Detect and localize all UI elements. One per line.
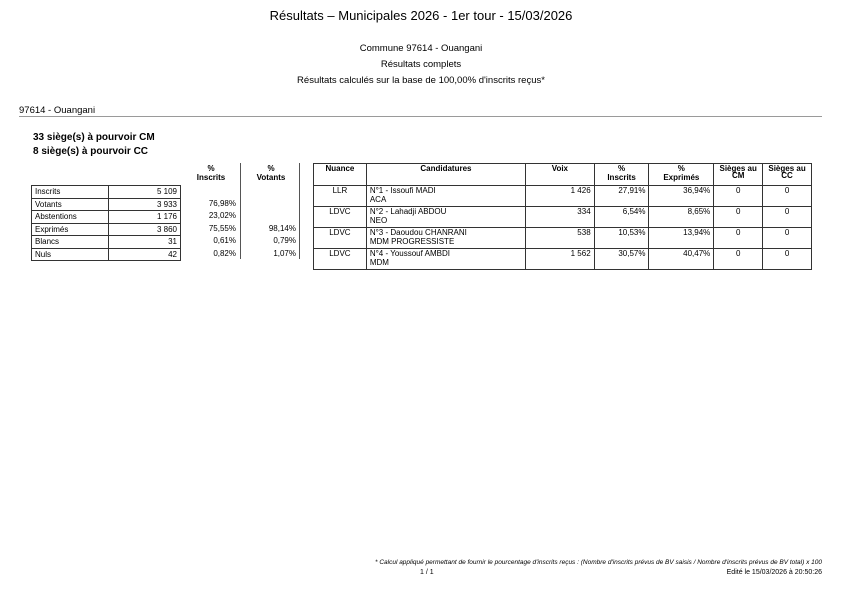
stat-pct-votants bbox=[242, 198, 300, 211]
candidate-pct-inscrits: 27,91% bbox=[594, 186, 649, 207]
section-divider bbox=[19, 116, 822, 117]
header-sieges-cc: Sièges au CC bbox=[763, 164, 812, 186]
stat-pct-inscrits: 23,02% bbox=[182, 210, 240, 223]
stat-value: 1 176 bbox=[108, 211, 180, 224]
edited-timestamp: Edité le 15/03/2026 à 20:50:26 bbox=[727, 569, 822, 576]
candidate-pct-exprimes: 36,94% bbox=[649, 186, 714, 207]
candidate-sieges-cm: 0 bbox=[714, 207, 763, 228]
candidate-sieges-cc: 0 bbox=[763, 186, 812, 207]
stats-row: Abstentions1 176 bbox=[32, 211, 181, 224]
candidate-list: NEO bbox=[370, 217, 522, 226]
stat-pct-votants bbox=[242, 210, 300, 223]
stat-pct-votants: 98,14% bbox=[242, 223, 300, 236]
footnote: * Calcul appliqué permettant de fournir … bbox=[300, 559, 822, 566]
column-divider bbox=[240, 163, 241, 259]
stat-pct-inscrits bbox=[182, 185, 240, 198]
candidate-pct-inscrits: 6,54% bbox=[594, 207, 649, 228]
candidate-nuance: LDVC bbox=[314, 228, 367, 249]
stat-pct-inscrits: 0,61% bbox=[182, 235, 240, 248]
candidate-row: LDVCN°3 - Daoudou CHANRANIMDM PROGRESSIS… bbox=[314, 228, 812, 249]
stat-label: Votants bbox=[32, 198, 109, 211]
commune-heading: Commune 97614 - Ouangani bbox=[0, 43, 842, 54]
candidate-pct-inscrits: 30,57% bbox=[594, 249, 649, 270]
stat-value: 3 933 bbox=[108, 198, 180, 211]
stat-pct-inscrits: 76,98% bbox=[182, 198, 240, 211]
candidate-row: LDVCN°4 - Youssouf AMBDIMDM1 56230,57%40… bbox=[314, 249, 812, 270]
stat-label: Exprimés bbox=[32, 223, 109, 236]
candidate-sieges-cc: 0 bbox=[763, 207, 812, 228]
stat-value: 42 bbox=[108, 248, 180, 261]
candidate-name: N°4 - Youssouf AMBDI bbox=[370, 250, 522, 259]
candidate-voix: 1 562 bbox=[526, 249, 595, 270]
stat-label: Nuls bbox=[32, 248, 109, 261]
stats-row: Exprimés3 860 bbox=[32, 223, 181, 236]
stat-pct-inscrits: 75,55% bbox=[182, 223, 240, 236]
stat-value: 3 860 bbox=[108, 223, 180, 236]
header-pct-exprimes: % Exprimés bbox=[649, 164, 714, 186]
candidate-list: MDM bbox=[370, 259, 522, 268]
stats-row: Nuls42 bbox=[32, 248, 181, 261]
seats-cc: 8 siège(s) à pourvoir CC bbox=[33, 146, 148, 157]
pct-votants-header: % Votants bbox=[242, 165, 300, 184]
candidate-cell: N°3 - Daoudou CHANRANIMDM PROGRESSISTE bbox=[366, 228, 525, 249]
stat-label: Inscrits bbox=[32, 186, 109, 199]
stat-pct-inscrits: 0,82% bbox=[182, 248, 240, 261]
candidates-header-row: Nuance Candidatures Voix % Inscrits % Ex… bbox=[314, 164, 812, 186]
header-voix: Voix bbox=[526, 164, 595, 186]
candidate-pct-exprimes: 8,65% bbox=[649, 207, 714, 228]
candidate-cell: N°1 - Issoufi MADIACA bbox=[366, 186, 525, 207]
stat-label: Blancs bbox=[32, 236, 109, 249]
candidates-table: Nuance Candidatures Voix % Inscrits % Ex… bbox=[313, 163, 812, 270]
stat-pct-votants: 1,07% bbox=[242, 248, 300, 261]
candidate-nuance: LDVC bbox=[314, 207, 367, 228]
header-candidatures: Candidatures bbox=[366, 164, 525, 186]
candidate-row: LDVCN°2 - Lahadji ABDOUNEO3346,54%8,65%0… bbox=[314, 207, 812, 228]
candidate-row: LLRN°1 - Issoufi MADIACA1 42627,91%36,94… bbox=[314, 186, 812, 207]
candidate-cell: N°2 - Lahadji ABDOUNEO bbox=[366, 207, 525, 228]
candidate-pct-exprimes: 13,94% bbox=[649, 228, 714, 249]
candidate-sieges-cc: 0 bbox=[763, 228, 812, 249]
candidate-list: MDM PROGRESSISTE bbox=[370, 238, 522, 247]
results-status: Résultats complets bbox=[0, 59, 842, 70]
candidate-pct-exprimes: 40,47% bbox=[649, 249, 714, 270]
stat-value: 5 109 bbox=[108, 186, 180, 199]
candidate-voix: 1 426 bbox=[526, 186, 595, 207]
results-basis: Résultats calculés sur la base de 100,00… bbox=[0, 75, 842, 86]
candidate-sieges-cm: 0 bbox=[714, 249, 763, 270]
candidate-sieges-cc: 0 bbox=[763, 249, 812, 270]
page-number: 1 / 1 bbox=[420, 569, 434, 576]
candidate-list: ACA bbox=[370, 196, 522, 205]
stats-row: Inscrits5 109 bbox=[32, 186, 181, 199]
participation-table: Inscrits5 109Votants3 933Abstentions1 17… bbox=[31, 185, 181, 261]
page-title: Résultats – Municipales 2026 - 1er tour … bbox=[0, 8, 842, 23]
header-nuance: Nuance bbox=[314, 164, 367, 186]
candidate-name: N°1 - Issoufi MADI bbox=[370, 187, 522, 196]
pct-inscrits-column: % Inscrits 76,98%23,02%75,55%0,61%0,82% bbox=[182, 165, 240, 260]
candidate-voix: 334 bbox=[526, 207, 595, 228]
candidate-sieges-cm: 0 bbox=[714, 228, 763, 249]
candidate-cell: N°4 - Youssouf AMBDIMDM bbox=[366, 249, 525, 270]
header-sieges-cm: Sièges au CM bbox=[714, 164, 763, 186]
stat-label: Abstentions bbox=[32, 211, 109, 224]
candidate-nuance: LDVC bbox=[314, 249, 367, 270]
pct-inscrits-header: % Inscrits bbox=[182, 165, 240, 184]
pct-votants-column: % Votants 98,14%0,79%1,07% bbox=[242, 165, 300, 260]
stats-row: Blancs31 bbox=[32, 236, 181, 249]
candidate-nuance: LLR bbox=[314, 186, 367, 207]
stats-row: Votants3 933 bbox=[32, 198, 181, 211]
stat-pct-votants: 0,79% bbox=[242, 235, 300, 248]
column-divider bbox=[299, 163, 300, 259]
stat-pct-votants bbox=[242, 185, 300, 198]
seats-cm: 33 siège(s) à pourvoir CM bbox=[33, 132, 155, 143]
candidate-voix: 538 bbox=[526, 228, 595, 249]
candidate-sieges-cm: 0 bbox=[714, 186, 763, 207]
candidate-pct-inscrits: 10,53% bbox=[594, 228, 649, 249]
header-pct-inscrits: % Inscrits bbox=[594, 164, 649, 186]
candidate-name: N°2 - Lahadji ABDOU bbox=[370, 208, 522, 217]
commune-section-label: 97614 - Ouangani bbox=[19, 105, 95, 116]
stat-value: 31 bbox=[108, 236, 180, 249]
